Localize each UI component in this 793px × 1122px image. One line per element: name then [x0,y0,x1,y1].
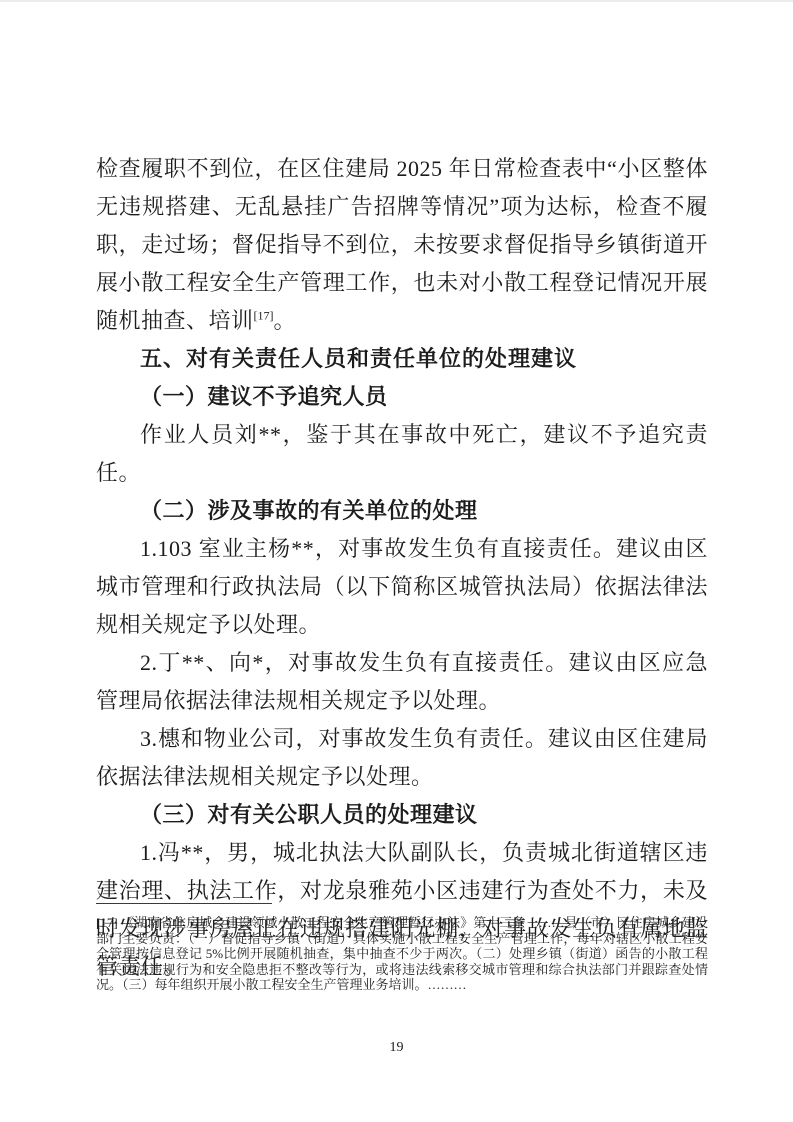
paragraph-unit-3: 3.橞和物业公司，对事故发生负有责任。建议由区住建局依据法律法规相关规定予以处理… [96,720,708,796]
footnote-reference-17: [17] [254,309,274,323]
section-heading-5: 五、对有关责任人员和责任单位的处理建议 [96,340,708,378]
page-number: 19 [0,1040,793,1056]
footnote-separator-rule [96,903,272,904]
footnote-17: [17] 《湖南省住房城乡建设领域小散工程安全生产管理暂行办法》第十三条 ……县… [96,915,708,993]
body-text-block: 检查履职不到位，在区住建局 2025 年日常检查表中“小区整体无违规搭建、无乱悬… [96,150,708,986]
subsection-heading-3: （三）对有关公职人员的处理建议 [96,796,708,834]
footnote-block: [17] 《湖南省住房城乡建设领域小散工程安全生产管理暂行办法》第十三条 ……县… [96,903,708,993]
paragraph-continuation-tail: 。 [274,308,297,333]
paragraph-unit-2: 2.丁**、向*，对事故发生负有直接责任。建议由区应急管理局依据法律法规相关规定… [96,644,708,720]
footnote-17-marker: [17] [96,915,118,930]
subsection-heading-2: （二）涉及事故的有关单位的处理 [96,492,708,530]
footnote-17-text: 《湖南省住房城乡建设领域小散工程安全生产管理暂行办法》第十三条 ……县（市）区住… [96,915,708,992]
paragraph-continuation-text: 检查履职不到位，在区住建局 2025 年日常检查表中“小区整体无违规搭建、无乱悬… [96,156,708,333]
paragraph-continuation: 检查履职不到位，在区住建局 2025 年日常检查表中“小区整体无违规搭建、无乱悬… [96,150,708,340]
subsection-heading-1: （一）建议不予追究人员 [96,378,708,416]
paragraph-unit-1: 1.103 室业主杨**，对事故发生负有直接责任。建议由区城市管理和行政执法局（… [96,530,708,644]
document-page: 检查履职不到位，在区住建局 2025 年日常检查表中“小区整体无违规搭建、无乱悬… [0,0,793,1122]
paragraph-no-pursue: 作业人员刘**，鉴于其在事故中死亡，建议不予追究责任。 [96,416,708,492]
